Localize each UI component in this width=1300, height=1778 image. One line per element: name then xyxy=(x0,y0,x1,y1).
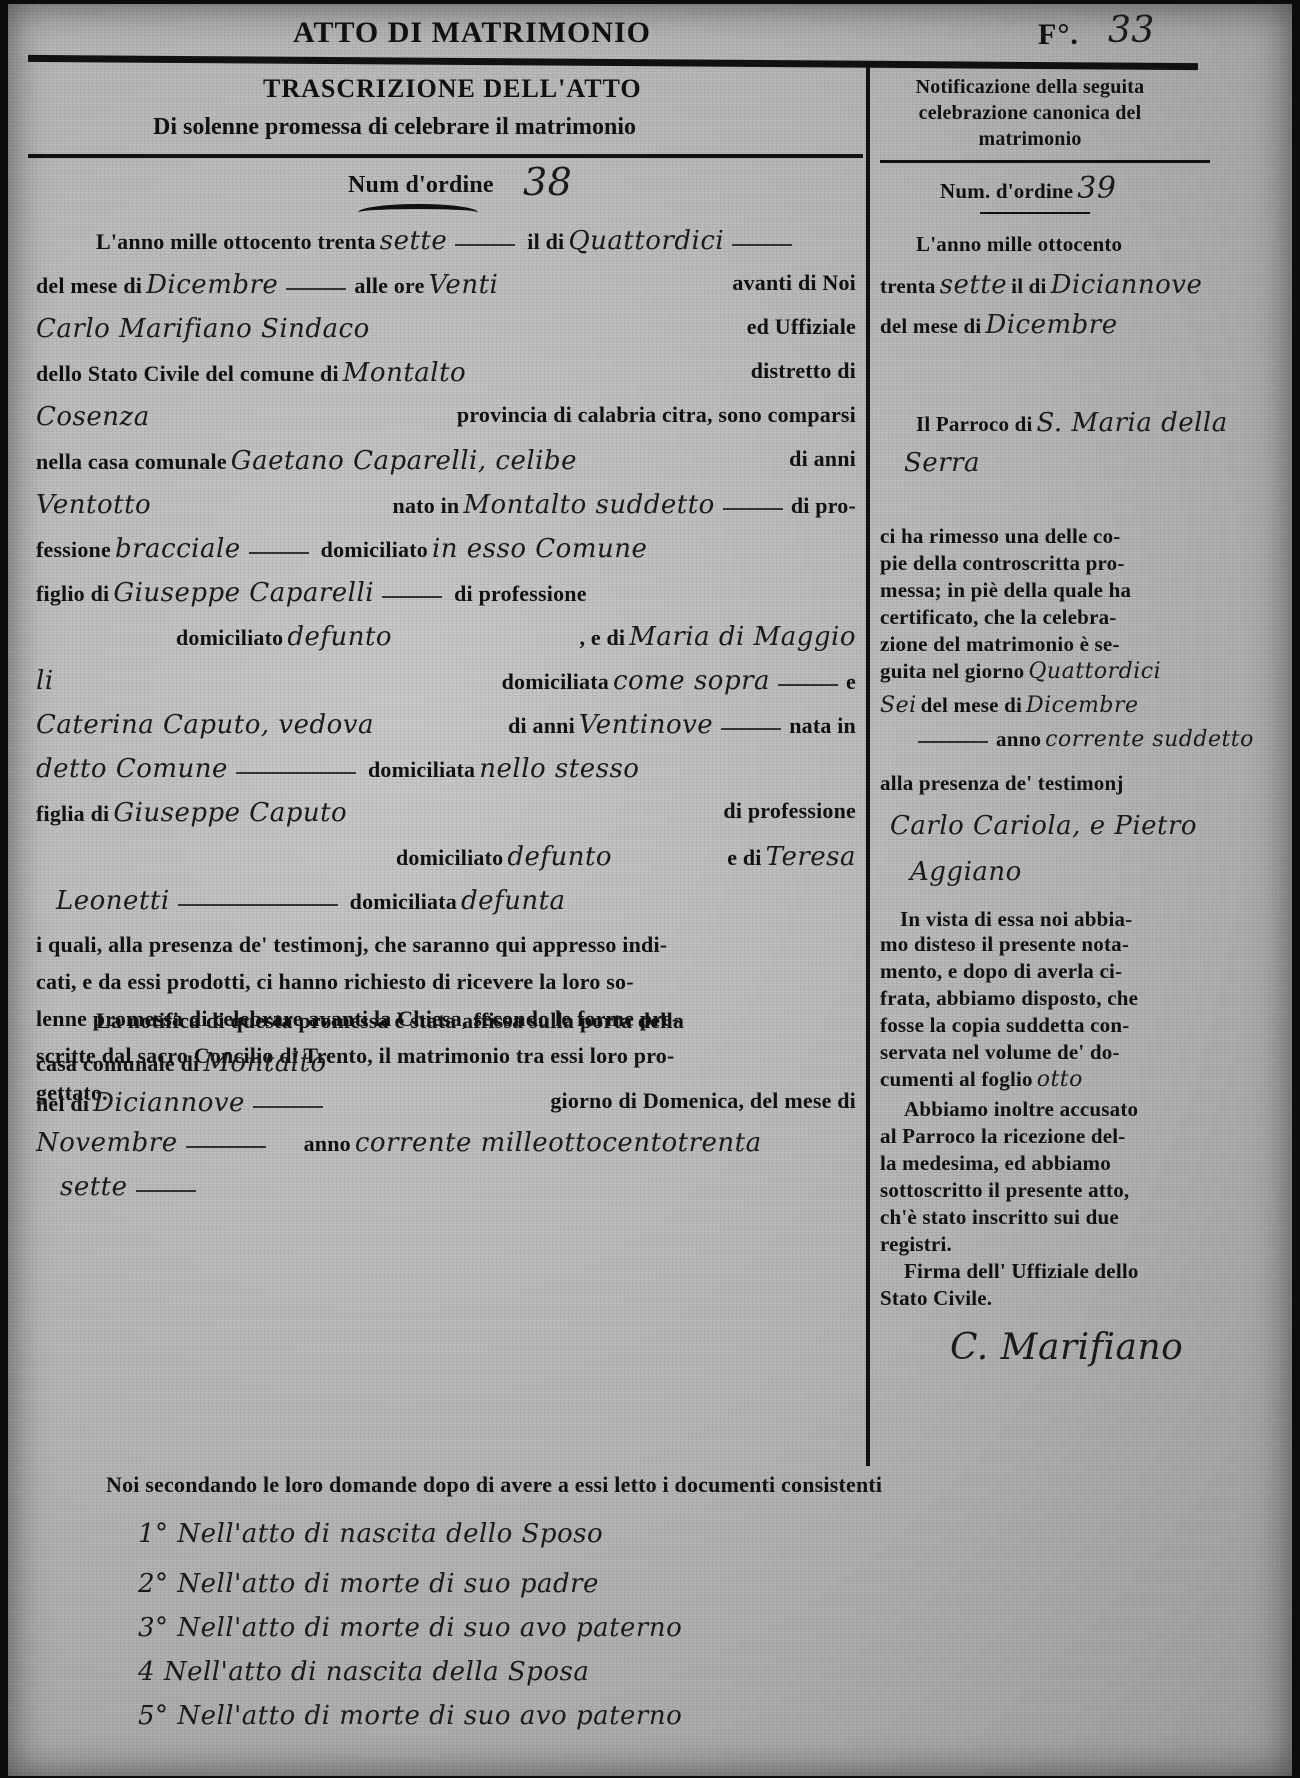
page-label: F°. xyxy=(1038,18,1079,52)
form-line: domiciliato defunto , e di Maria di Magg… xyxy=(36,622,856,666)
documents-list: 1° Nell'atto di nascita dello Sposo 2° N… xyxy=(138,1519,682,1745)
document-title: ATTO DI MATRIMONIO xyxy=(293,16,651,50)
form-line: figlio di Giuseppe Caparelli di professi… xyxy=(36,578,856,622)
document-item: 4 Nell'atto di nascita della Sposa xyxy=(138,1657,682,1701)
form-line: dello Stato Civile del comune di Montalt… xyxy=(36,358,856,402)
form-line: li domiciliata come soprae xyxy=(36,666,856,710)
column-divider xyxy=(866,66,870,1466)
form-line: Caterina Caputo, vedova di anni Ventinov… xyxy=(36,710,856,754)
left-order-label: Num d'ordine xyxy=(348,172,494,199)
header-rule xyxy=(28,55,1198,70)
left-heading-rule xyxy=(28,154,863,158)
right-heading: Notificazione della seguita celebrazione… xyxy=(880,74,1180,152)
form-line: Ventotto nato in Montalto suddettodi pro… xyxy=(36,490,856,534)
form-line: domiciliato defunto e di Teresa xyxy=(36,842,856,886)
form-line: fessione bracciale domiciliato in esso C… xyxy=(36,534,856,578)
form-line: Carlo Marifiano Sindaco ed Uffiziale xyxy=(36,314,856,358)
document-item: 3° Nell'atto di morte di suo avo paterno xyxy=(138,1613,682,1657)
documents-intro: Noi secondando le loro domande dopo di a… xyxy=(106,1472,882,1498)
form-line: figlia di Giuseppe Caputo di professione xyxy=(36,798,856,842)
form-line: del mese di Dicembrealle ore Venti avant… xyxy=(36,270,856,314)
form-line: detto Comune domiciliata nello stesso xyxy=(36,754,856,798)
form-line: Cosenza provincia di calabria citra, son… xyxy=(36,402,856,446)
form-line: Leonetti domiciliata defunta xyxy=(36,886,856,930)
form-line: nella casa comunale Gaetano Caparelli, c… xyxy=(36,446,856,490)
left-subheading: Di solenne promessa di celebrare il matr… xyxy=(153,114,636,141)
document-item: 2° Nell'atto di morte di suo padre xyxy=(138,1569,682,1613)
page-number: 33 xyxy=(1108,10,1155,51)
form-line: L'anno mille ottocento trenta sette il d… xyxy=(36,226,856,270)
document-item: 1° Nell'atto di nascita dello Sposo xyxy=(138,1519,682,1569)
officer-signature: C. Marifiano xyxy=(880,1327,1280,1368)
witnesses: Carlo Cariola, e Pietro xyxy=(880,811,1280,857)
left-heading: TRASCRIZIONE DELL'ATTO xyxy=(263,74,642,104)
right-text-block-1: ci ha rimesso una delle co- pie della co… xyxy=(880,524,1280,659)
left-form-lines: L'anno mille ottocento trenta sette il d… xyxy=(36,226,856,930)
flourish-ornament xyxy=(358,204,478,221)
right-column: Notificazione della seguita celebrazione… xyxy=(880,74,1280,1368)
document-item: 5° Nell'atto di morte di suo avo paterno xyxy=(138,1701,682,1745)
notice-section: La notifica di questa promessa è stata a… xyxy=(36,1008,856,1212)
left-order-number: 38 xyxy=(523,160,572,204)
document-page: ATTO DI MATRIMONIO F°. 33 TRASCRIZIONE D… xyxy=(8,4,1292,1776)
